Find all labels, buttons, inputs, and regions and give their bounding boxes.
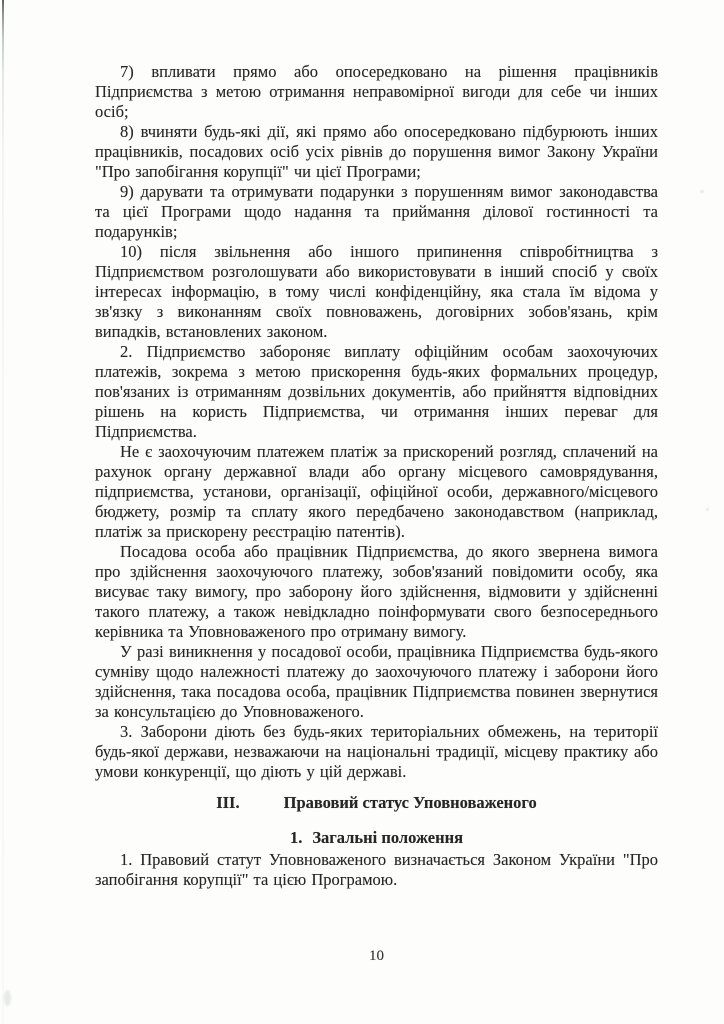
body-paragraph: 10) після звільнення або іншого припинен… — [95, 242, 658, 342]
body-paragraph: Не є заохочуючим платежем платіж за прис… — [95, 442, 658, 542]
subsection-heading-title: Загальні положення — [312, 828, 463, 848]
body-paragraph: 2. Підприємство забороняє виплату офіцій… — [95, 342, 658, 442]
section-heading-numeral: III. — [216, 793, 239, 813]
section-heading-title: Правовий статус Уповноваженого — [284, 793, 537, 813]
body-paragraph: 7) впливати прямо або опосередковано на … — [95, 62, 658, 122]
body-paragraph: 8) вчиняти будь-які дії, які прямо або о… — [95, 122, 658, 182]
subsection-heading: 1. Загальні положення — [95, 828, 658, 848]
scan-speckle — [706, 508, 709, 511]
scan-edge-artifact — [2, 0, 4, 1024]
scanned-document-page: 7) впливати прямо або опосередковано на … — [0, 0, 724, 1024]
body-paragraph: 3. Заборони діють без будь-яких територі… — [95, 722, 658, 782]
page-number: 10 — [95, 946, 658, 966]
section-heading: III. Правовий статус Уповноваженого — [95, 793, 658, 813]
subsection-heading-numeral: 1. — [290, 828, 302, 848]
body-paragraph: 9) дарувати та отримувати подарунки з по… — [95, 182, 658, 242]
scan-smudge-artifact — [4, 990, 11, 1006]
scan-speckle — [700, 190, 704, 193]
document-text-block: 7) впливати прямо або опосередковано на … — [95, 62, 658, 890]
body-paragraph: Посадова особа або працівник Підприємств… — [95, 542, 658, 642]
closing-paragraph: 1. Правовий статут Уповноваженого визнач… — [95, 850, 658, 890]
body-paragraph: У разі виникнення у посадової особи, пра… — [95, 642, 658, 722]
